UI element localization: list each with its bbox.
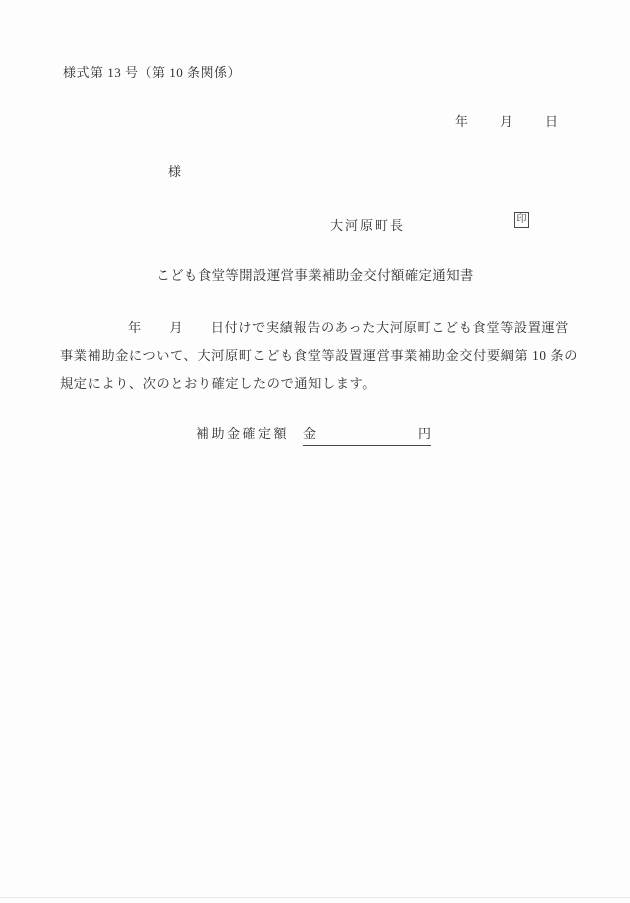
document-title: こども食堂等開設運営事業補助金交付額確定通知書 [0,264,630,284]
amount-label: 補助金確定額 [196,423,289,442]
amount-currency-prefix: 金 [303,423,316,442]
sender-title: 大河原町長 [330,215,405,234]
form-number: 様式第 13 号（第 10 条関係） [63,62,241,81]
body-paragraph-line-1: 年 月 日付けで実績報告のあった大河原町こども食堂等設置運営 [60,317,575,336]
document-page: 様式第 13 号（第 10 条関係） 年 月 日 様 大河原町長 印 こども食堂… [0,0,630,903]
page-edge-divider [0,897,630,898]
amount-blank-field: 金 円 [303,421,431,446]
date-month-label: 月 [500,111,513,130]
addressee-honorific: 様 [168,161,182,180]
date-day-label: 日 [545,111,558,130]
body-paragraph-line-2: 事業補助金について、大河原町こども食堂等設置運営事業補助金交付要綱第 10 条の [60,345,575,364]
seal-placeholder: 印 [514,212,529,228]
date-year-label: 年 [455,111,468,130]
body-paragraph-line-3: 規定により、次のとおり確定したので通知します。 [60,373,575,392]
date-line: 年 月 日 [455,111,558,130]
amount-currency-suffix: 円 [418,423,431,442]
